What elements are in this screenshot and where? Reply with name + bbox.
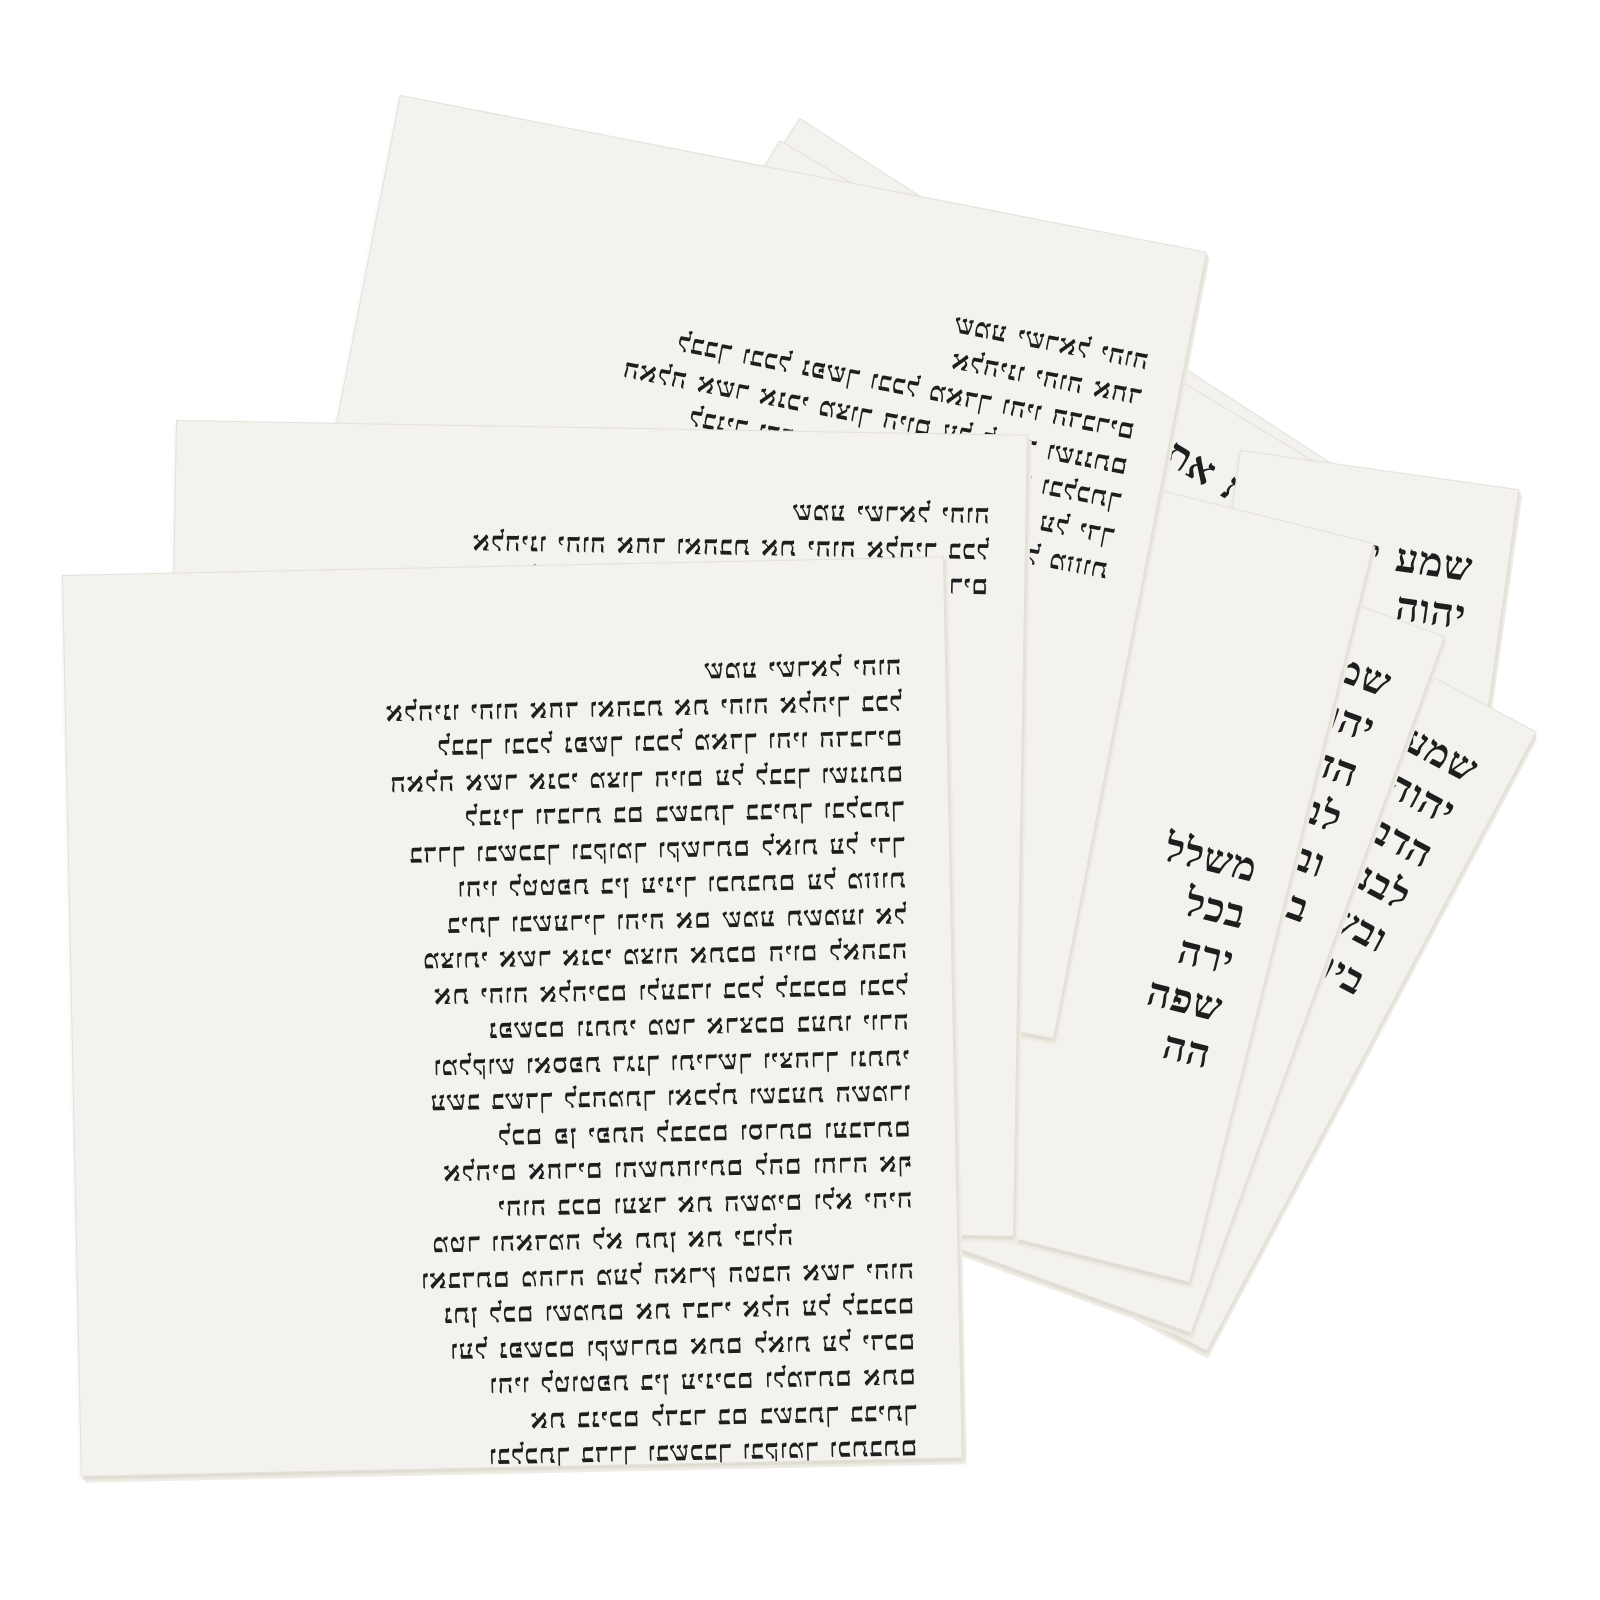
scroll-stack-scene: ואהבת את שמע ישראל יהוה שמע יהוה אלהים ה…: [0, 0, 1600, 1600]
front-sheet: שמע ישראל יהוה אלהינו יהוה אחד ואהבת את …: [62, 557, 963, 1477]
